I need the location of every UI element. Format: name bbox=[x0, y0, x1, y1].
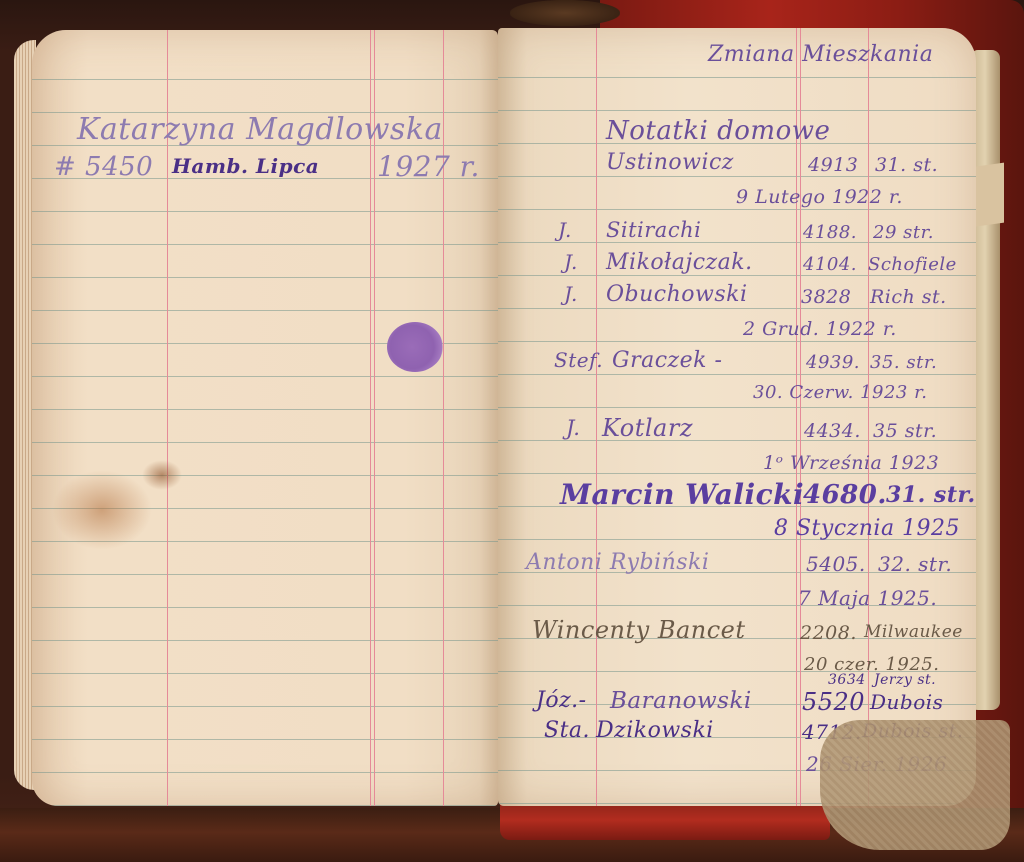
right-page: Zmiana Mieszkania Notatki domowe Ustinow… bbox=[498, 28, 976, 806]
entry-street: Milwaukee bbox=[864, 622, 963, 642]
entry-street: 31. st. bbox=[875, 154, 938, 176]
entry-prefix: Sta. bbox=[544, 718, 590, 743]
margin-line bbox=[868, 28, 869, 806]
entry-number: 4939. bbox=[806, 352, 860, 373]
entry-name: Ustinowicz bbox=[606, 150, 734, 175]
entry-name: Obuchowski bbox=[606, 282, 748, 307]
entry-date: 1ᵒ Września 1923 bbox=[763, 452, 939, 474]
entry-number: 4188. bbox=[803, 222, 857, 243]
page-title: Notatki domowe bbox=[606, 116, 830, 146]
entry-name: Antoni Rybiński bbox=[526, 550, 709, 575]
entry-number: 4104. bbox=[803, 254, 857, 275]
entry-number: 2208. bbox=[800, 622, 857, 644]
entry-street: Jerzy st. bbox=[874, 672, 936, 688]
frayed-cloth-corner bbox=[820, 720, 1010, 850]
binding-thread bbox=[510, 0, 620, 26]
entry-name: Wincenty Bancet bbox=[532, 616, 746, 644]
red-cover-bottom-edge bbox=[500, 800, 830, 840]
year: 1927 r. bbox=[377, 150, 480, 183]
entry-date: 2 Grud. 1922 r. bbox=[743, 318, 897, 340]
entry-street: 32. str. bbox=[878, 552, 952, 576]
entry-name: Baranowski bbox=[610, 688, 752, 714]
entry-number: 5520 bbox=[802, 688, 865, 716]
entry-name: Graczek - bbox=[612, 348, 722, 373]
rust-stain bbox=[142, 460, 182, 490]
entry-name: Dzikowski bbox=[596, 718, 714, 743]
entry-number: 3828 bbox=[801, 286, 851, 308]
entry-street: 35. str. bbox=[870, 352, 937, 373]
entry-street: 31. str. bbox=[886, 482, 976, 508]
entry-prefix: Józ.- bbox=[536, 688, 587, 713]
entry-date: 30. Czerw. 1923 r. bbox=[753, 382, 927, 403]
entry-prefix: J. bbox=[564, 250, 578, 274]
entry-date: 8 Stycznia 1925 bbox=[774, 516, 960, 541]
rust-stain bbox=[52, 470, 152, 550]
entry-street: Dubois bbox=[870, 690, 943, 714]
entry-date: 7 Maja 1925. bbox=[798, 586, 937, 610]
entry-number: 4434. bbox=[804, 420, 861, 442]
entry-street: 35 str. bbox=[873, 420, 937, 442]
entry-number: 4913 bbox=[808, 154, 858, 176]
entry-number: 5405. bbox=[806, 552, 866, 576]
entry-name: Sitirachi bbox=[606, 218, 701, 242]
house-number: # 5450 bbox=[54, 152, 153, 182]
left-page: Katarzyna Magdlowska # 5450 Hamb. Lipca … bbox=[32, 30, 498, 806]
entry-street: Rich st. bbox=[870, 286, 947, 308]
margin-line bbox=[443, 30, 444, 806]
entry-prefix: J. bbox=[566, 416, 580, 440]
street-name: Hamb. Lipca bbox=[172, 154, 319, 178]
entry-prefix: Stef. bbox=[554, 348, 603, 372]
entry-name: Kotlarz bbox=[602, 414, 693, 442]
entry-date: 9 Lutego 1922 r. bbox=[736, 186, 903, 208]
owner-name: Katarzyna Magdlowska bbox=[77, 112, 443, 147]
entry-prefix: J. bbox=[558, 218, 572, 242]
entry-number: 3634 bbox=[828, 672, 866, 688]
margin-line bbox=[596, 28, 597, 806]
entry-prefix: J. bbox=[564, 282, 578, 306]
entry-name: Marcin Walicki bbox=[560, 478, 804, 511]
entry-street: 29 str. bbox=[873, 222, 934, 243]
purple-ink-blot bbox=[387, 322, 443, 372]
entry-name: Mikołajczak. bbox=[606, 250, 753, 275]
entry-street: Schofiele bbox=[868, 254, 957, 275]
entry-number: 4680. bbox=[803, 480, 887, 510]
page-header: Zmiana Mieszkania bbox=[708, 42, 933, 67]
